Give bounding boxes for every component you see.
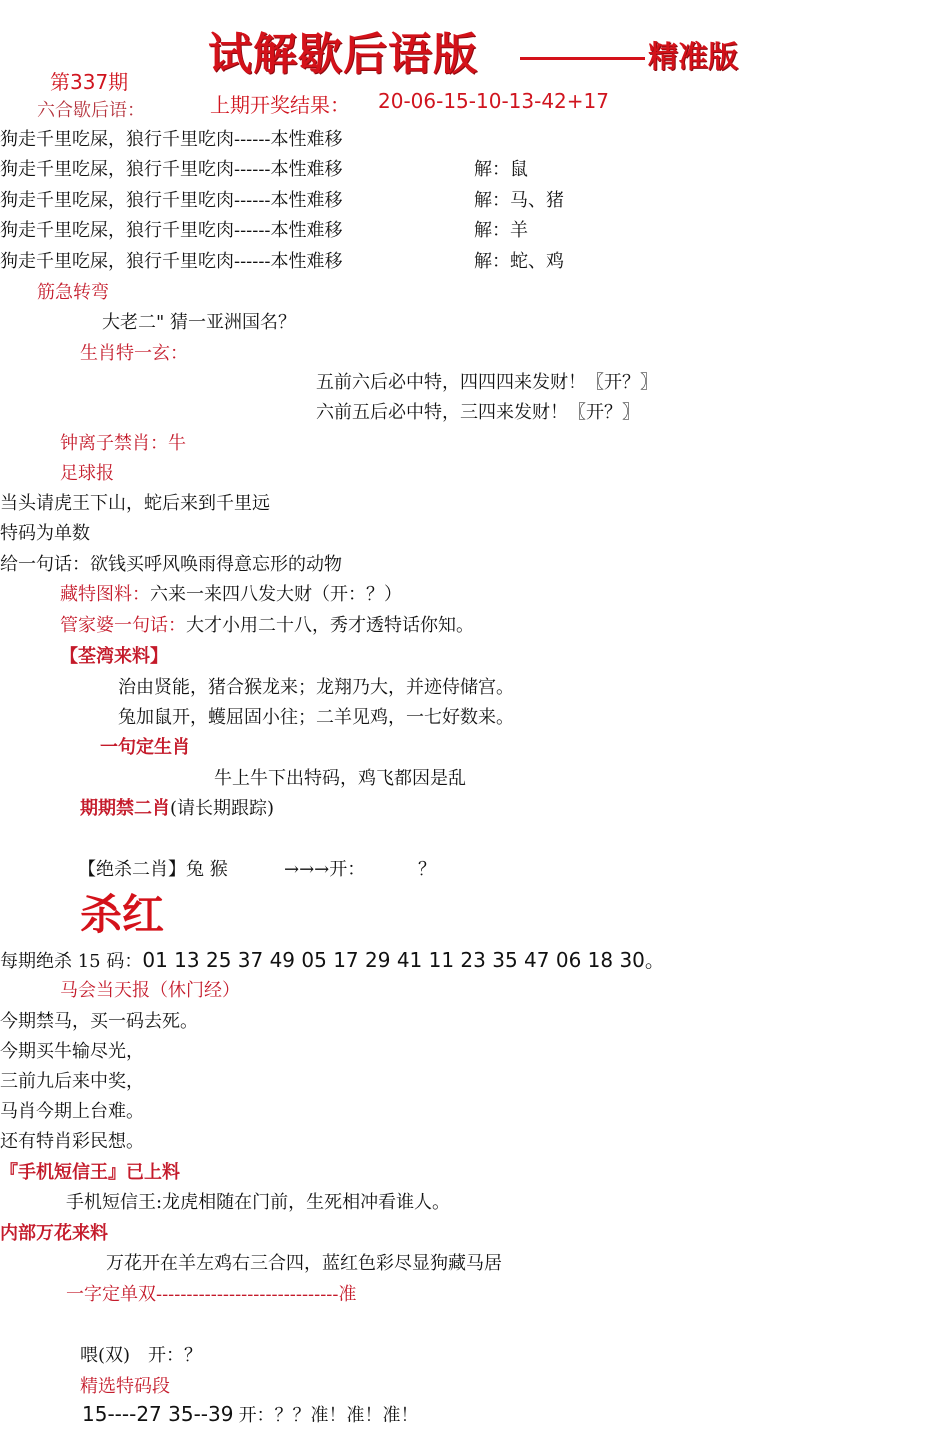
xiehouyu-answer: 解：蛇、鸡 [474, 247, 564, 273]
xiehouyu-heading: 六合歇后语： [37, 96, 145, 122]
mahui-line: 今期买牛输尽光， [0, 1037, 144, 1063]
yiju-text: 牛上牛下出特码，鸡飞都因是乱 [214, 764, 466, 790]
juesha-text: 【绝杀二肖】兔 猴 [78, 855, 228, 881]
xiehouyu-answer: 解：马、猪 [474, 186, 564, 212]
xiehouyu-line: 狗走千里吃屎，狼行千里吃肉------本性难移 [0, 186, 343, 212]
riddle-heading: 筋急转弯 [37, 278, 109, 304]
last-result-value: 20-06-15-10-13-42+17 [378, 89, 609, 113]
shengxiao-te-line: 六前五后必中特，三四来发财！〖开？〗 [316, 398, 640, 424]
shahong-heading: 杀红 [80, 882, 164, 942]
guanjiapo-text: 大才小用二十八，秀才透特话你知。 [186, 615, 474, 636]
zhonglizi-label: 钟离子禁肖：牛 [60, 429, 186, 455]
football-heading: 足球报 [60, 459, 114, 485]
shengxiao-te-heading: 生肖特一玄： [80, 339, 188, 365]
yiju-heading: 一句定生肖 [100, 733, 190, 759]
qiqi-heading: 期期禁二肖 [80, 798, 170, 819]
temaduan-result: 开：？？准！准！准！ [239, 1405, 419, 1426]
danshuang-text: 喂(双) 开：？ [80, 1341, 202, 1367]
mahui-line: 马肖今期上台难。 [0, 1097, 144, 1123]
xiehouyu-line: 狗走千里吃屎，狼行千里吃肉------本性难移 [0, 155, 343, 181]
quanwan-line: 兔加鼠开，蠖屈固小往；二羊见鸡，一七好数来。 [118, 703, 514, 729]
qiqi-note: (请长期跟踪) [170, 798, 274, 819]
juesha-result: ？ [418, 855, 436, 881]
mahui-line: 今期禁马，买一码去死。 [0, 1007, 198, 1033]
wanhua-heading: 内部万花来料 [0, 1219, 108, 1245]
page-title: 试解歇后语版 [208, 18, 478, 82]
last-result-label: 上期开奖结果： [210, 89, 350, 118]
sms-text: 手机短信王:龙虎相随在门前，生死相冲看谁人。 [66, 1188, 450, 1214]
xiehouyu-answer: 解：羊 [474, 216, 528, 242]
quanwan-line: 治由贤能，猪合猴龙来；龙翔乃大，并迹侍储宫。 [118, 673, 514, 699]
xiehouyu-line: 狗走千里吃屎，狼行千里吃肉------本性难移 [0, 125, 343, 151]
temaduan-numbers: 15----27 35--39 [82, 1402, 233, 1426]
football-line: 给一句话：欲钱买呼风唤雨得意忘形的动物 [0, 550, 342, 576]
kill15-row: 每期绝杀 15 码：01 13 25 37 49 05 17 29 41 11 … [0, 944, 665, 973]
xiehouyu-line: 狗走千里吃屎，狼行千里吃肉------本性难移 [0, 216, 343, 242]
mahui-heading: 马会当天报（休门经） [60, 976, 240, 1002]
football-line: 特码为单数 [0, 519, 90, 545]
mahui-line: 三前九后来中奖， [0, 1067, 144, 1093]
guanjiapo-row: 管家婆一句话：大才小用二十八，秀才透特话你知。 [60, 611, 474, 637]
juesha-arrows: →→→开： [284, 855, 365, 881]
cangte-text: 六来一来四八发大财（开：？） [150, 584, 402, 605]
wanhua-text: 万花开在羊左鸡右三合四，蓝红色彩尽显狗藏马居 [106, 1249, 502, 1275]
xiehouyu-line: 狗走千里吃屎，狼行千里吃肉------本性难移 [0, 247, 343, 273]
football-line: 当头请虎王下山，蛇后来到千里远 [0, 489, 270, 515]
temaduan-row: 15----27 35--39 开：？？准！准！准！ [82, 1401, 419, 1427]
kill15-label: 每期绝杀 15 码： [0, 951, 142, 972]
page-subtitle: 精准版 [648, 32, 738, 76]
temaduan-heading: 精选特码段 [80, 1372, 170, 1398]
sms-heading: 『手机短信王』已上料 [0, 1158, 180, 1184]
shengxiao-te-line: 五前六后必中特，四四四来发财！〖开？〗 [316, 368, 658, 394]
riddle-text: 大老二" 猜一亚洲国名？ [102, 308, 296, 334]
danshuang-heading: 一字定单双------------------------------准 [66, 1280, 356, 1306]
qiqi-row: 期期禁二肖(请长期跟踪) [80, 794, 274, 820]
issue-number: 第337期 [50, 66, 128, 95]
guanjiapo-label: 管家婆一句话： [60, 615, 186, 636]
cangte-row: 藏特图料：六来一来四八发大财（开：？） [60, 580, 402, 606]
kill15-numbers: 01 13 25 37 49 05 17 29 41 11 23 35 47 0… [142, 948, 665, 972]
mahui-line: 还有特肖彩民想。 [0, 1127, 144, 1153]
quanwan-heading: 【荃湾来料】 [60, 642, 168, 668]
cangte-label: 藏特图料： [60, 584, 150, 605]
xiehouyu-answer: 解：鼠 [474, 155, 528, 181]
title-dash-divider [520, 48, 650, 67]
